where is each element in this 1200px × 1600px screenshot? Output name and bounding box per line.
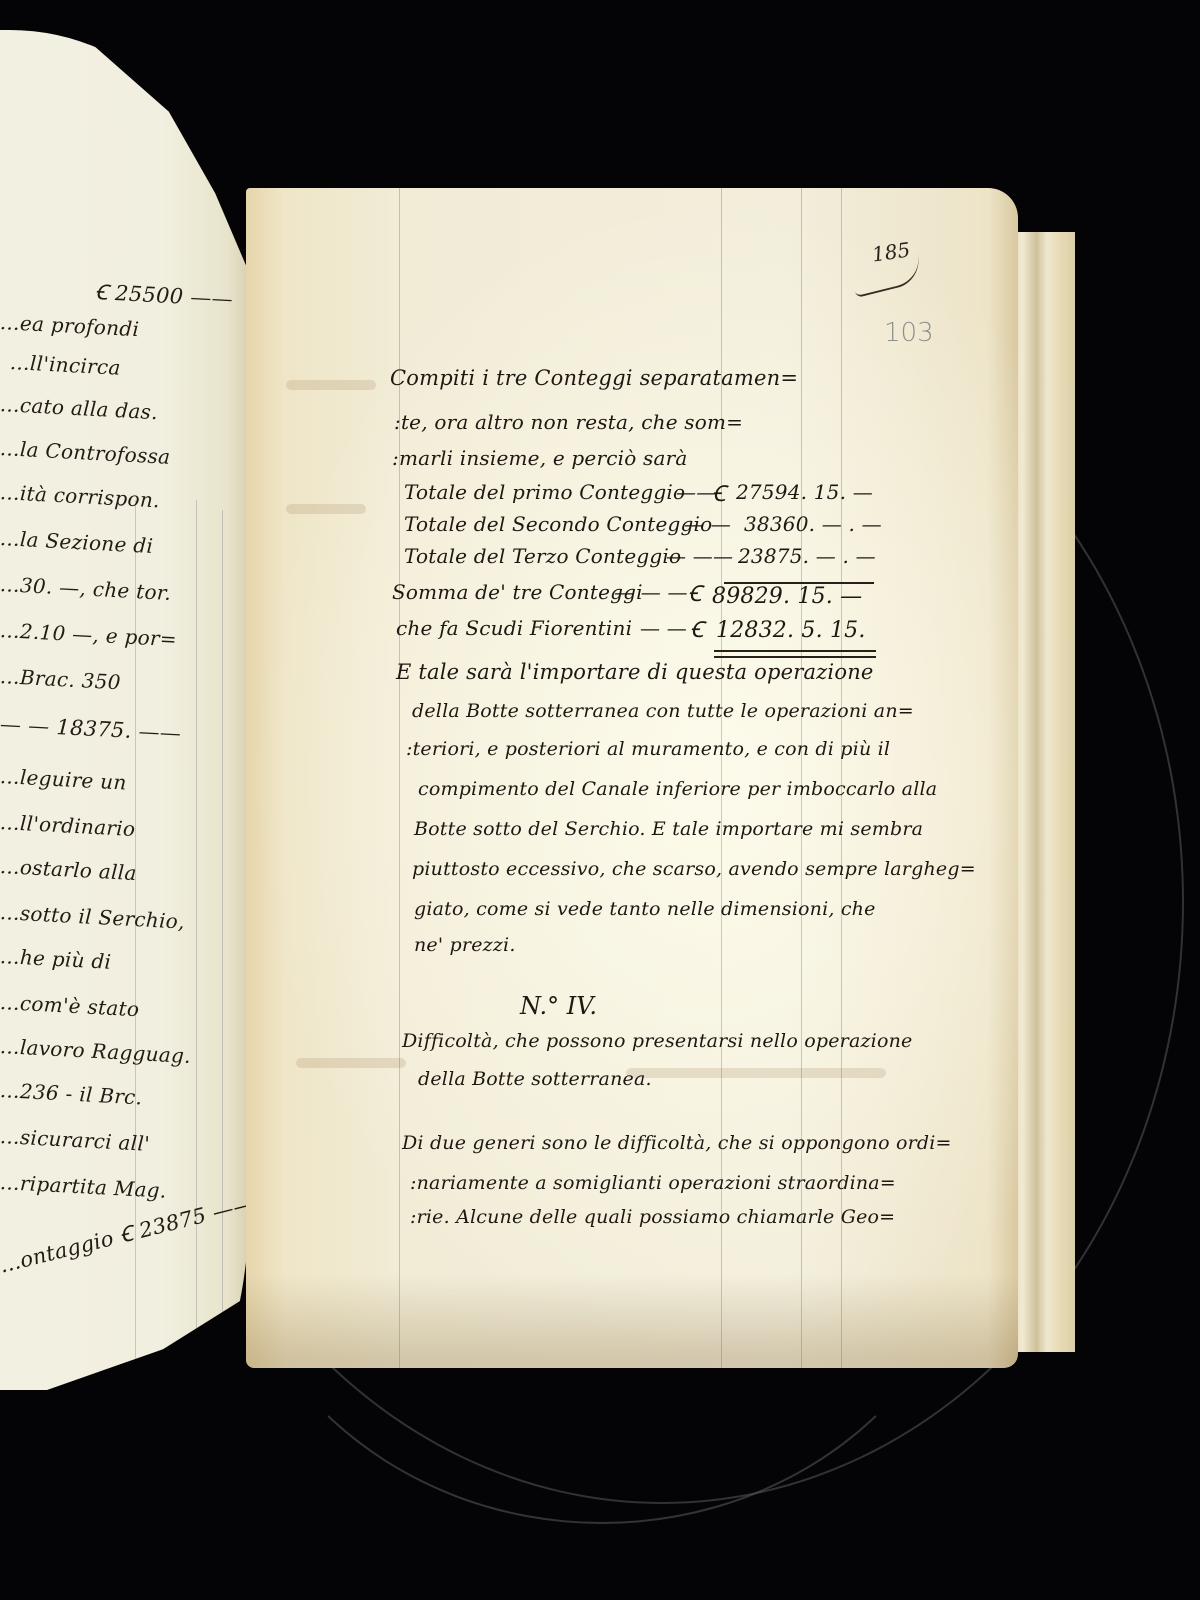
- book-photograph: Ꞓ 25500 —— ...ea profondi ...ll'incirca …: [0, 0, 1200, 1600]
- paragraph-line: ne' prezzi.: [414, 934, 516, 956]
- closing-line: :rie. Alcune delle quali possiamo chiama…: [410, 1206, 895, 1228]
- left-line: ...ontaggio Ꞓ 23875 ——: [0, 1189, 250, 1279]
- intro-line: Compiti i tre Conteggi separatamen=: [390, 366, 798, 390]
- total-value: 12832. 5. 15.: [716, 618, 866, 643]
- bleed-through-ink: [626, 1068, 886, 1078]
- left-line: ...cato alla das.: [0, 392, 159, 424]
- left-line: ...la Sezione di: [0, 526, 154, 558]
- total-label: Totale del primo Conteggio: [404, 480, 685, 504]
- section-title-line: Difficoltà, che possono presentarsi nell…: [402, 1030, 912, 1052]
- currency-symbol: Ꞓ: [688, 578, 702, 608]
- total-value: 38360. — . —: [744, 512, 882, 536]
- left-line: ...ll'incirca: [9, 350, 121, 380]
- paragraph-line: Botte sotto del Serchio. E tale importar…: [414, 818, 923, 840]
- left-line: ...ea profondi: [0, 310, 140, 341]
- ruling-line: [399, 188, 400, 1368]
- result-double-rule: [714, 656, 876, 658]
- left-line: ...sotto il Serchio,: [0, 900, 185, 934]
- section-title-line: della Botte sotterranea.: [418, 1068, 652, 1090]
- total-value: 89829. 15. —: [712, 584, 862, 609]
- total-leader: — —: [684, 512, 731, 536]
- bleed-through-ink: [296, 1058, 406, 1068]
- total-value: 23875. — . —: [738, 544, 876, 568]
- section-number: N.° IV.: [520, 992, 597, 1020]
- left-line: ...la Controfossa: [0, 436, 171, 469]
- total-leader: ——: [676, 480, 716, 504]
- total-label: che fa Scudi Fiorentini: [396, 616, 632, 640]
- bleed-through-ink: [286, 504, 366, 514]
- paragraph-line: E tale sarà l'importare di questa operaz…: [396, 660, 874, 684]
- currency-symbol: Ꞓ: [712, 478, 726, 508]
- folio-number-pencil: 103: [884, 318, 934, 348]
- left-line: ...he più di: [0, 944, 112, 974]
- paragraph-line: giato, come si vede tanto nelle dimensio…: [414, 898, 876, 920]
- currency-symbol: Ꞓ: [690, 614, 704, 644]
- left-line: ...236 - il Brc.: [0, 1078, 143, 1109]
- total-label: Somma de' tre Conteggi: [392, 580, 643, 604]
- left-line: ...ostarlo alla: [0, 854, 137, 885]
- left-line: ...lavoro Ragguag.: [0, 1034, 191, 1068]
- closing-line: Di due generi sono le difficoltà, che si…: [402, 1132, 952, 1154]
- left-line: ...com'è stato: [0, 990, 140, 1021]
- result-double-rule: [714, 650, 876, 652]
- left-line: Ꞓ 25500 ——: [94, 278, 233, 313]
- paragraph-line: della Botte sotterranea con tutte le ope…: [412, 700, 914, 722]
- total-leader: — —: [640, 616, 687, 640]
- paragraph-line: :teriori, e posteriori al muramento, e c…: [406, 738, 890, 760]
- paragraph-line: compimento del Canale inferiore per imbo…: [418, 778, 937, 800]
- total-label: Totale del Terzo Conteggio: [404, 544, 681, 568]
- left-page-text: Ꞓ 25500 —— ...ea profondi ...ll'incirca …: [0, 0, 250, 1600]
- total-value: 27594. 15. —: [736, 480, 873, 504]
- total-leader: — ——: [666, 544, 733, 568]
- intro-line: :te, ora altro non resta, che som=: [394, 410, 743, 434]
- total-label: Totale del Secondo Conteggio: [404, 512, 712, 536]
- closing-line: :nariamente a somiglianti operazioni str…: [410, 1172, 896, 1194]
- left-line: ...ll'ordinario: [0, 810, 136, 841]
- paragraph-line: piuttosto eccessivo, che scarso, avendo …: [412, 858, 976, 880]
- left-line: ...2.10 —, e por=: [0, 618, 178, 651]
- intro-line: :marli insieme, e perciò sarà: [392, 446, 688, 470]
- left-line: ...Brac. 350: [0, 664, 121, 694]
- left-line: ...ità corrispon.: [0, 480, 160, 512]
- left-line: ...sicurarci all': [0, 1124, 151, 1156]
- left-line: ...30. —, che tor.: [0, 572, 172, 605]
- total-leader: — — —: [614, 580, 688, 604]
- left-line: ...ripartita Mag.: [0, 1170, 167, 1203]
- left-line: — — 18375. ——: [0, 712, 182, 745]
- bleed-through-ink: [286, 380, 376, 390]
- left-line: ...leguire un: [0, 764, 127, 795]
